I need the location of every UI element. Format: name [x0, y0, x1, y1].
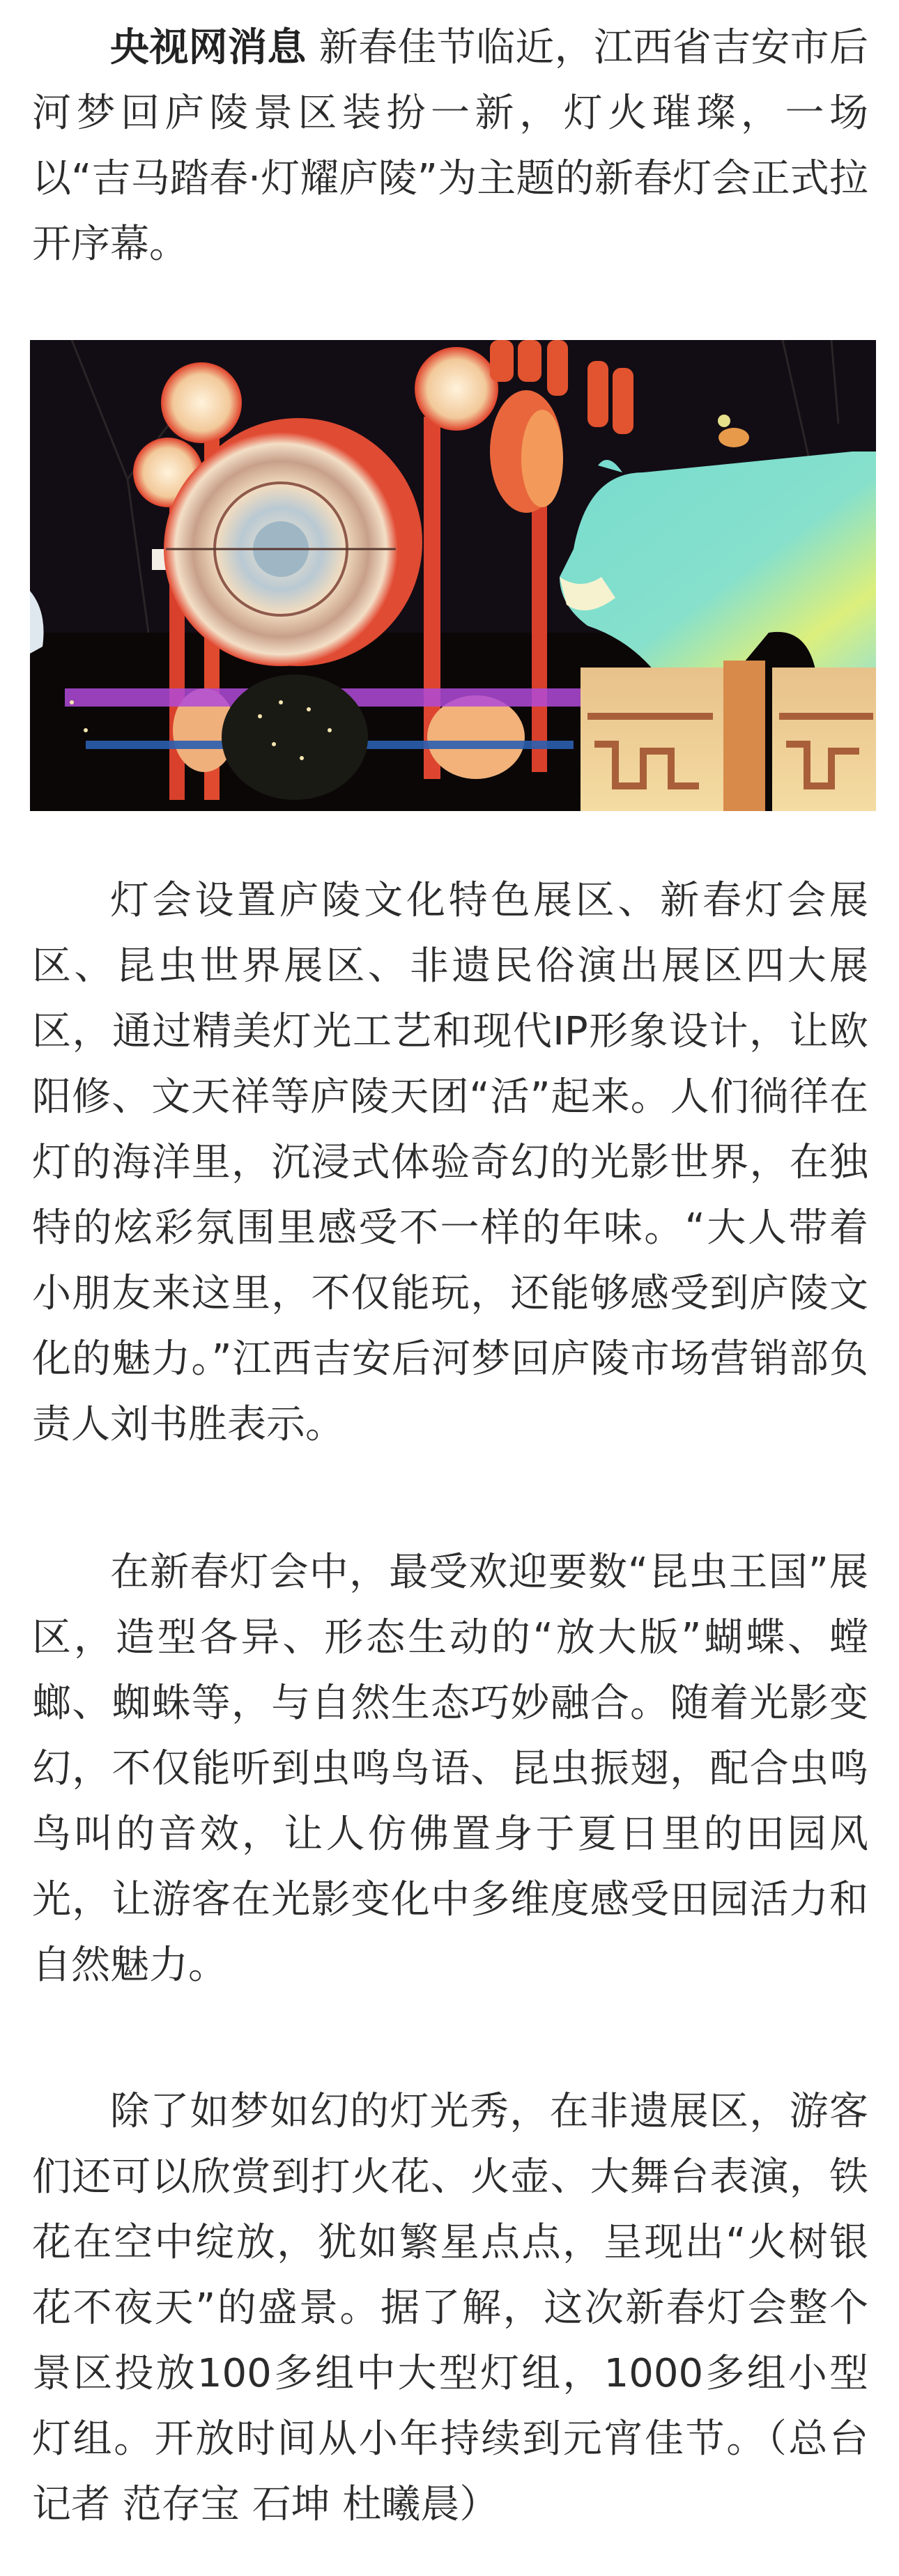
photo-illustration — [30, 340, 876, 811]
paragraph-insect-kingdom: 在新春灯会中，最受欢迎要数“昆虫王国”展区，造型各异、形态生动的“放大版”蝴蝶、… — [32, 1540, 868, 1998]
paragraph-intro: 央视网消息 新春佳节临近，江西省吉安市后河梦回庐陵景区装扮一新，灯火璀璨，一场以… — [32, 15, 868, 277]
lantern-festival-photo — [30, 340, 876, 811]
paragraph-exhibition-zones: 灯会设置庐陵文化特色展区、新春灯会展区、昆虫世界展区、非遗民俗演出展区四大展区，… — [32, 868, 868, 1458]
paragraph-intangible-heritage: 除了如梦如幻的灯光秀，在非遗展区，游客们还可以欣赏到打火花、火壶、大舞台表演，铁… — [32, 2079, 868, 2538]
news-source-label: 央视网消息 — [110, 25, 307, 70]
